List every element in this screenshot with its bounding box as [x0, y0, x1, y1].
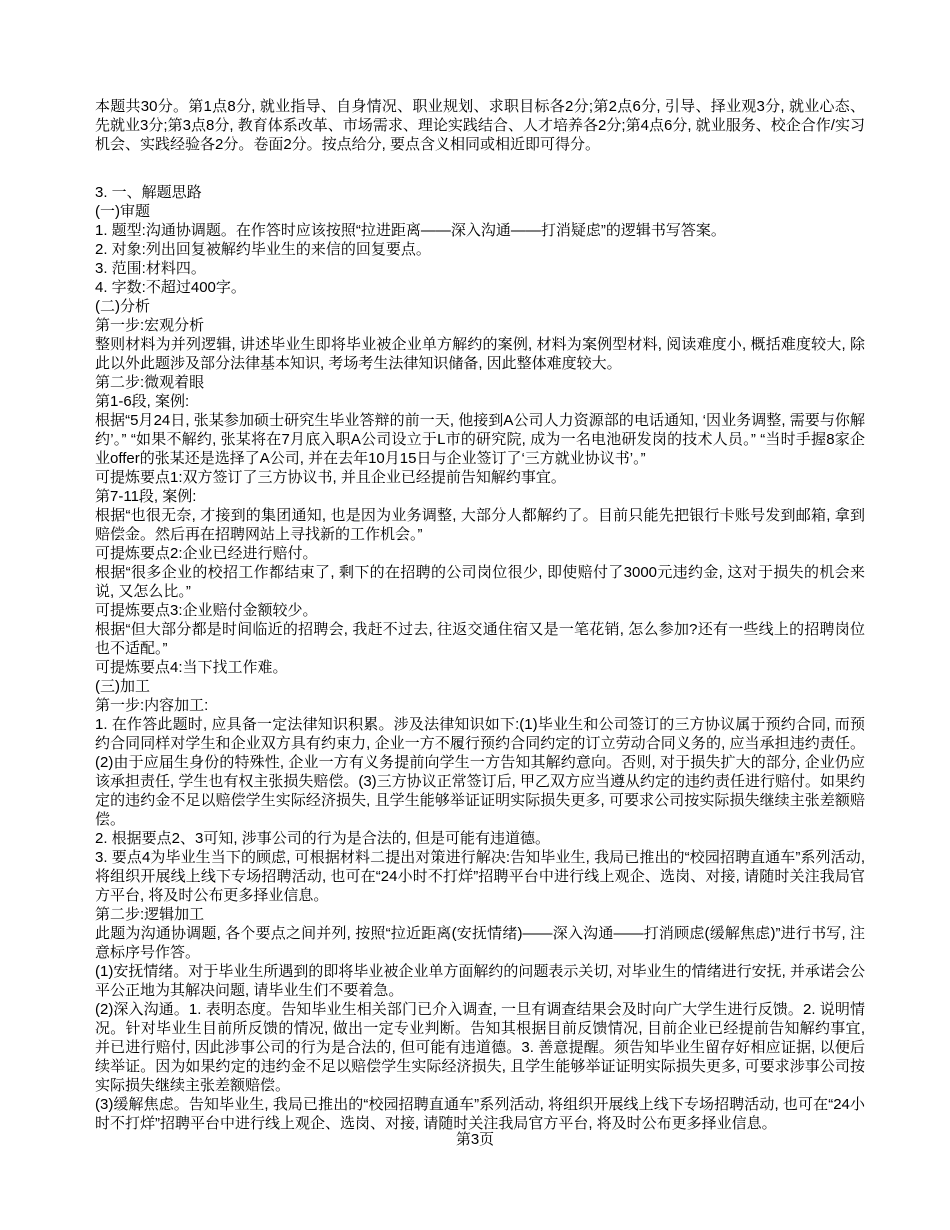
paragraph-hongguan-analysis: 整则材料为并列逻辑, 讲述毕业生即将毕业被企业单方解约的案例, 材料为案例型材料… — [95, 335, 865, 373]
step-heading-neirong-jiagong: 第一步:内容加工: — [95, 696, 865, 715]
paragraph-answer-point-2: (2)深入沟通。1. 表明态度。告知毕业生相关部门已介入调查, 一旦有调查结果会… — [95, 1000, 865, 1095]
paragraph-logic-structure: 此题为沟通协调题, 各个要点之间并列, 按照“拉近距离(安抚情绪)——深入沟通—… — [95, 924, 865, 962]
paragraph-seg7-11-quote-3: 根据“但大部分都是时间临近的招聘会, 我赶不过去, 往返交通住宿又是一笔花销, … — [95, 620, 865, 658]
paragraph-seg1-6-label: 第1-6段, 案例: — [95, 392, 865, 411]
paragraph-zishu: 4. 字数:不超过400字。 — [95, 278, 865, 297]
step-heading-hongguan: 第一步:宏观分析 — [95, 316, 865, 335]
page-number: 第3页 — [0, 1128, 950, 1149]
subsection-heading-jiagong: (三)加工 — [95, 677, 865, 696]
document-page: 本题共30分。第1点8分, 就业指导、自身情况、职业规划、求职目标各2分;第2点… — [0, 0, 950, 1230]
paragraph-seg7-11-label: 第7-11段, 案例: — [95, 487, 865, 506]
step-heading-weiguan: 第二步:微观着眼 — [95, 373, 865, 392]
step-heading-luoji-jiagong: 第二步:逻辑加工 — [95, 905, 865, 924]
paragraph-fanwei: 3. 范围:材料四。 — [95, 259, 865, 278]
document-body: 本题共30分。第1点8分, 就业指导、自身情况、职业规划、求职目标各2分;第2点… — [95, 97, 865, 1133]
paragraph-keypoint-1: 可提炼要点1:双方签订了三方协议书, 并且企业已经提前告知解约事宜。 — [95, 468, 865, 487]
subsection-heading-shenti: (一)审题 — [95, 202, 865, 221]
paragraph-tixing: 1. 题型:沟通协调题。在作答时应该按照“拉进距离——深入沟通——打消疑虑”的逻… — [95, 221, 865, 240]
section-heading-jieti-silu: 3. 一、解题思路 — [95, 183, 865, 202]
scoring-note-paragraph: 本题共30分。第1点8分, 就业指导、自身情况、职业规划、求职目标各2分;第2点… — [95, 97, 865, 154]
paragraph-keypoint-2: 可提炼要点2:企业已经进行赔付。 — [95, 544, 865, 563]
paragraph-seg7-11-quote-2: 根据“很多企业的校招工作都结束了, 剩下的在招聘的公司岗位很少, 即使赔付了30… — [95, 563, 865, 601]
paragraph-keypoint-4: 可提炼要点4:当下找工作难。 — [95, 658, 865, 677]
paragraph-seg1-6-quote: 根据“5月24日, 张某参加硕士研究生毕业答辩的前一天, 他接到A公司人力资源部… — [95, 411, 865, 468]
paragraph-duixiang: 2. 对象:列出回复被解约毕业生的来信的回复要点。 — [95, 240, 865, 259]
paragraph-answer-point-1: (1)安抚情绪。对于毕业生所遇到的即将毕业被企业单方面解约的问题表示关切, 对毕… — [95, 962, 865, 1000]
paragraph-countermeasure: 3. 要点4为毕业生当下的顾虑, 可根据材料二提出对策进行解决:告知毕业生, 我… — [95, 848, 865, 905]
paragraph-keypoint-3: 可提炼要点3:企业赔付金额较少。 — [95, 601, 865, 620]
paragraph-legality-judgement: 2. 根据要点2、3可知, 涉事公司的行为是合法的, 但是可能有违道德。 — [95, 829, 865, 848]
paragraph-legal-knowledge: 1. 在作答此题时, 应具备一定法律知识积累。涉及法律知识如下:(1)毕业生和公… — [95, 715, 865, 829]
subsection-heading-fenxi: (二)分析 — [95, 297, 865, 316]
paragraph-seg7-11-quote-1: 根据“也很无奈, 才接到的集团通知, 也是因为业务调整, 大部分人都解约了。目前… — [95, 506, 865, 544]
